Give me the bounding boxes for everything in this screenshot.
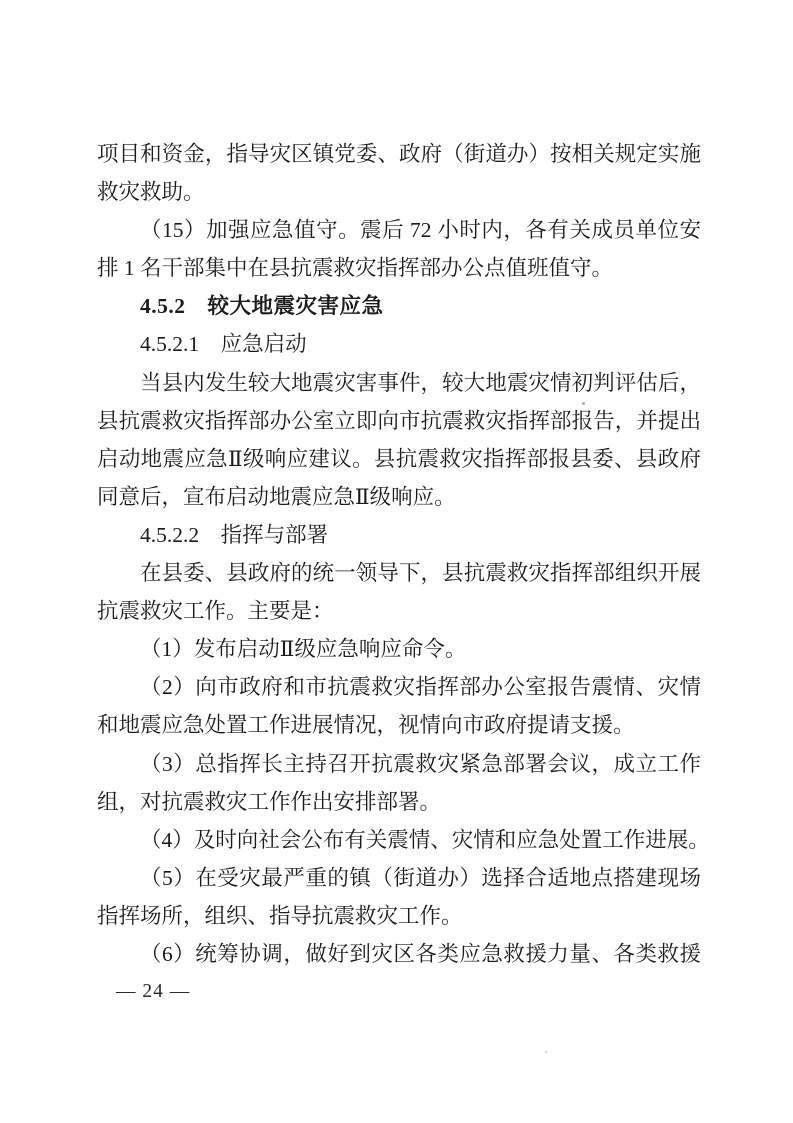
scan-speck (562, 219, 565, 222)
text-line: （4）及时向社会公布有关震情、灾情和应急处置工作进展。 (97, 821, 701, 859)
page-number-text: — 24 — (116, 981, 190, 1002)
text-line: 指挥场所，组织、指导抗震救灾工作。 (97, 897, 701, 935)
text-line: 项目和资金，指导灾区镇党委、政府（街道办）按相关规定实施 (97, 135, 701, 173)
text-line: 排 1 名干部集中在县抗震救灾指挥部办公点值班值守。 (97, 249, 701, 287)
text-line: 组，对抗震救灾工作作出安排部署。 (97, 783, 701, 821)
text-line: 县抗震救灾指挥部办公室立即向市抗震救灾指挥部报告，并提出 (97, 402, 701, 440)
text-line: 抗震救灾工作。主要是： (97, 592, 701, 630)
scan-speck (545, 1051, 547, 1053)
text-line: 在县委、县政府的统一领导下，县抗震救灾指挥部组织开展 (97, 554, 701, 592)
text-line: （15）加强应急值守。震后 72 小时内，各有关成员单位安 (97, 211, 701, 249)
document-page: 项目和资金，指导灾区镇党委、政府（街道办）按相关规定实施救灾救助。（15）加强应… (0, 0, 793, 1123)
text-line: 当县内发生较大地震灾害事件，较大地震灾情初判评估后， (97, 364, 701, 402)
text-line: （6）统筹协调，做好到灾区各类应急救援力量、各类救援 (97, 935, 701, 973)
text-line: （2）向市政府和市抗震救灾指挥部办公室报告震情、灾情 (97, 668, 701, 706)
text-line: 4.5.2.1 应急启动 (97, 325, 701, 363)
text-line: （5）在受灾最严重的镇（街道办）选择合适地点搭建现场 (97, 859, 701, 897)
page-body-text: 项目和资金，指导灾区镇党委、政府（街道办）按相关规定实施救灾救助。（15）加强应… (97, 135, 701, 973)
text-line: 和地震应急处置工作进展情况，视情向市政府提请支援。 (97, 706, 701, 744)
text-line: （3）总指挥长主持召开抗震救灾紧急部署会议，成立工作 (97, 745, 701, 783)
text-line: （1）发布启动Ⅱ级应急响应命令。 (97, 630, 701, 668)
text-line: 启动地震应急Ⅱ级响应建议。县抗震救灾指挥部报县委、县政府 (97, 440, 701, 478)
scan-speck (582, 402, 585, 405)
heading-line: 4.5.2 较大地震灾害应急 (97, 287, 701, 325)
text-line: 同意后，宣布启动地震应急Ⅱ级响应。 (97, 478, 701, 516)
text-line: 救灾救助。 (97, 173, 701, 211)
text-line: 4.5.2.2 指挥与部署 (97, 516, 701, 554)
page-number: — 24 — (116, 978, 190, 1006)
